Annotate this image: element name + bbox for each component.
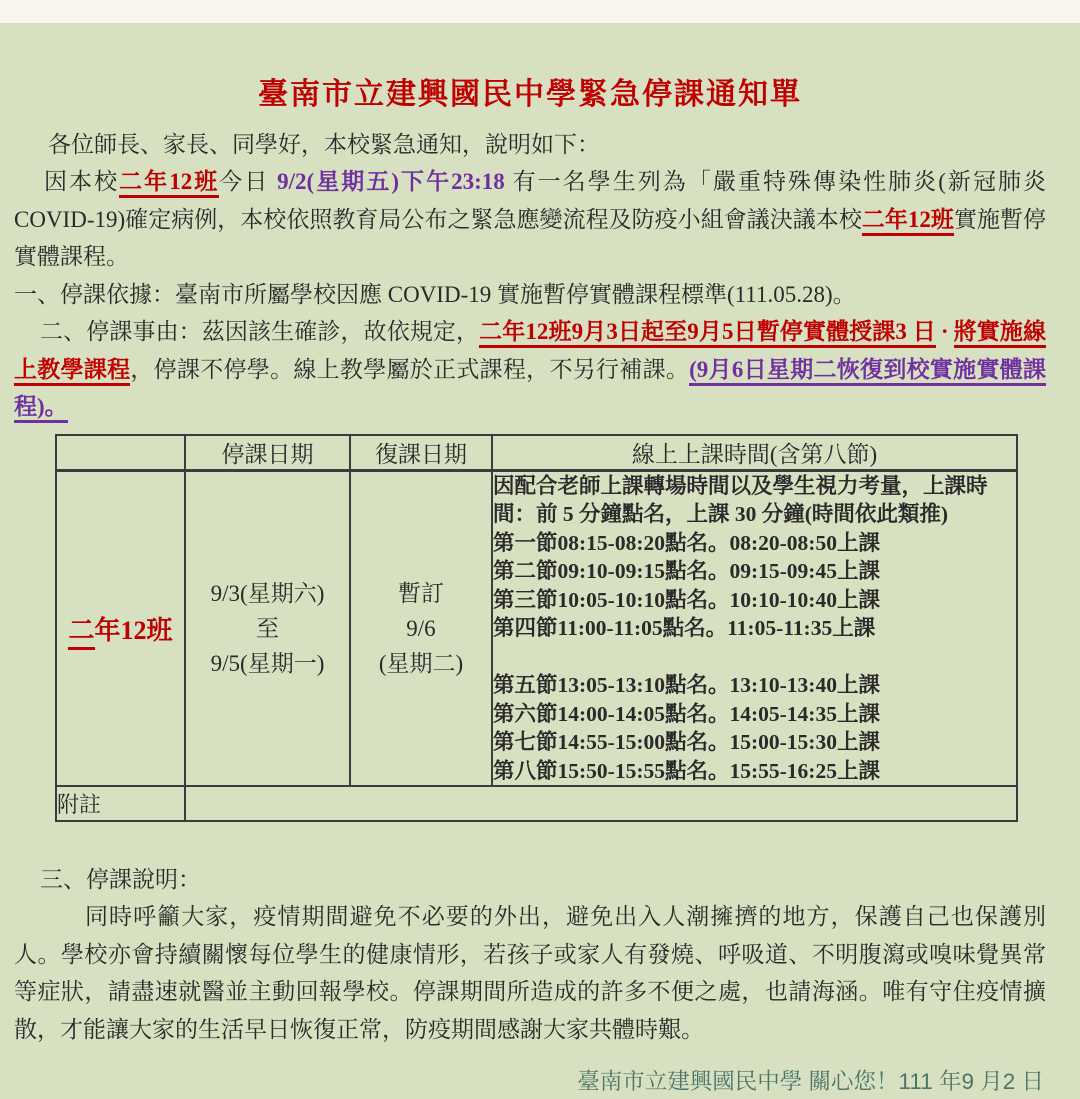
period-8: 第八節15:50-15:55點名。15:55-16:25上課	[493, 757, 1016, 786]
period-3: 第三節10:05-10:10點名。10:10-10:40上課	[493, 586, 1016, 615]
explanation-heading: 三、停課說明：	[40, 862, 1046, 898]
suspension-table: 停課日期 復課日期 線上上課時間(含第八節) 二年12班 9/3(星期六) 至 …	[55, 434, 1018, 823]
period-2: 第二節09:10-09:15點名。09:15-09:45上課	[493, 557, 1016, 586]
notice-title: 臺南市立建興國民中學緊急停課通知單	[14, 69, 1046, 113]
table-header-row: 停課日期 復課日期 線上上課時間(含第八節)	[56, 435, 1017, 471]
schedule-intro: 因配合老師上課轉場時間以及學生視力考量，上課時間：前 5 分鐘點名，上課 30 …	[493, 472, 1016, 529]
reason-middle: ，停課不停學。線上教學屬於正式課程，不另行補課。	[130, 357, 689, 382]
suspend-start: 9/3(星期六)	[186, 576, 349, 611]
suspend-to: 至	[186, 611, 349, 646]
period-1: 第一節08:15-08:20點名。08:20-08:50上課	[493, 529, 1016, 558]
basis-item: 一、停課依據：臺南市所屬學校因應 COVID-19 實施暫停實體課程標準(111…	[14, 276, 1046, 314]
intro-text-1: 因本校	[44, 169, 119, 194]
online-schedule-cell: 因配合老師上課轉場時間以及學生視力考量，上課時間：前 5 分鐘點名，上課 30 …	[492, 470, 1017, 786]
class-label-rest: 年12班	[95, 616, 173, 645]
table-body-row: 二年12班 9/3(星期六) 至 9/5(星期一) 暫訂 9/6 (星期二) 因…	[56, 470, 1017, 786]
footer-signature: 臺南市立建興國民中學 關心您！111 年9 月2 日	[14, 1064, 1046, 1096]
col-header-class	[56, 435, 185, 471]
resume-tentative: 暫訂	[351, 576, 491, 611]
schedule-am-block: 第一節08:15-08:20點名。08:20-08:50上課 第二節09:10-…	[493, 529, 1016, 643]
notice-document: 臺南市立建興國民中學緊急停課通知單 各位師長、家長、同學好，本校緊急通知，說明如…	[0, 69, 1080, 1096]
class-name-highlight-2: 二年12班	[862, 207, 954, 236]
period-4: 第四節11:00-11:05點名。11:05-11:35上課	[493, 614, 1016, 643]
separator-dot: ·	[936, 319, 954, 344]
suspend-end: 9/5(星期一)	[186, 646, 349, 681]
col-header-online-time: 線上上課時間(含第八節)	[492, 435, 1017, 471]
class-label-underlined: 二	[68, 616, 94, 650]
col-header-resume-date: 復課日期	[350, 435, 492, 471]
class-name-highlight: 二年12班	[119, 169, 219, 198]
period-7: 第七節14:55-15:00點名。15:00-15:30上課	[493, 728, 1016, 757]
col-header-suspend-date: 停課日期	[185, 435, 350, 471]
reason-prefix: 二、停課事由：茲因該生確診，故依規定，	[40, 319, 479, 344]
explanation-paragraph: 同時呼籲大家，疫情期間避免不必要的外出，避免出入人潮擁擠的地方，保護自己也保護別…	[14, 898, 1046, 1048]
resume-weekday: (星期二)	[351, 646, 491, 681]
table-note-row: 附註	[56, 786, 1017, 821]
resume-dates-cell: 暫訂 9/6 (星期二)	[350, 470, 492, 786]
note-value-cell	[185, 786, 1017, 821]
schedule-pm-block: 第五節13:05-13:10點名。13:10-13:40上課 第六節14:00-…	[493, 671, 1016, 785]
greeting-line: 各位師長、家長、同學好，本校緊急通知，說明如下：	[48, 127, 1046, 163]
suspension-dates-highlight: 二年12班9月3日起至9月5日暫停實體授課3 日	[479, 319, 936, 348]
confirmed-datetime: 9/2(星期五)下午23:18	[277, 169, 505, 194]
page-top-strip	[0, 0, 1080, 23]
class-label-cell: 二年12班	[56, 470, 185, 786]
suspend-dates-cell: 9/3(星期六) 至 9/5(星期一)	[185, 470, 350, 786]
period-6: 第六節14:00-14:05點名。14:05-14:35上課	[493, 700, 1016, 729]
resume-date: 9/6	[351, 611, 491, 646]
period-5: 第五節13:05-13:10點名。13:10-13:40上課	[493, 671, 1016, 700]
reason-item: 二、停課事由：茲因該生確診，故依規定，二年12班9月3日起至9月5日暫停實體授課…	[14, 313, 1046, 426]
intro-text-2: 今日	[219, 169, 277, 194]
note-label-cell: 附註	[56, 786, 185, 821]
intro-paragraph: 因本校二年12班今日 9/2(星期五)下午23:18 有一名學生列為「嚴重特殊傳…	[14, 163, 1046, 276]
